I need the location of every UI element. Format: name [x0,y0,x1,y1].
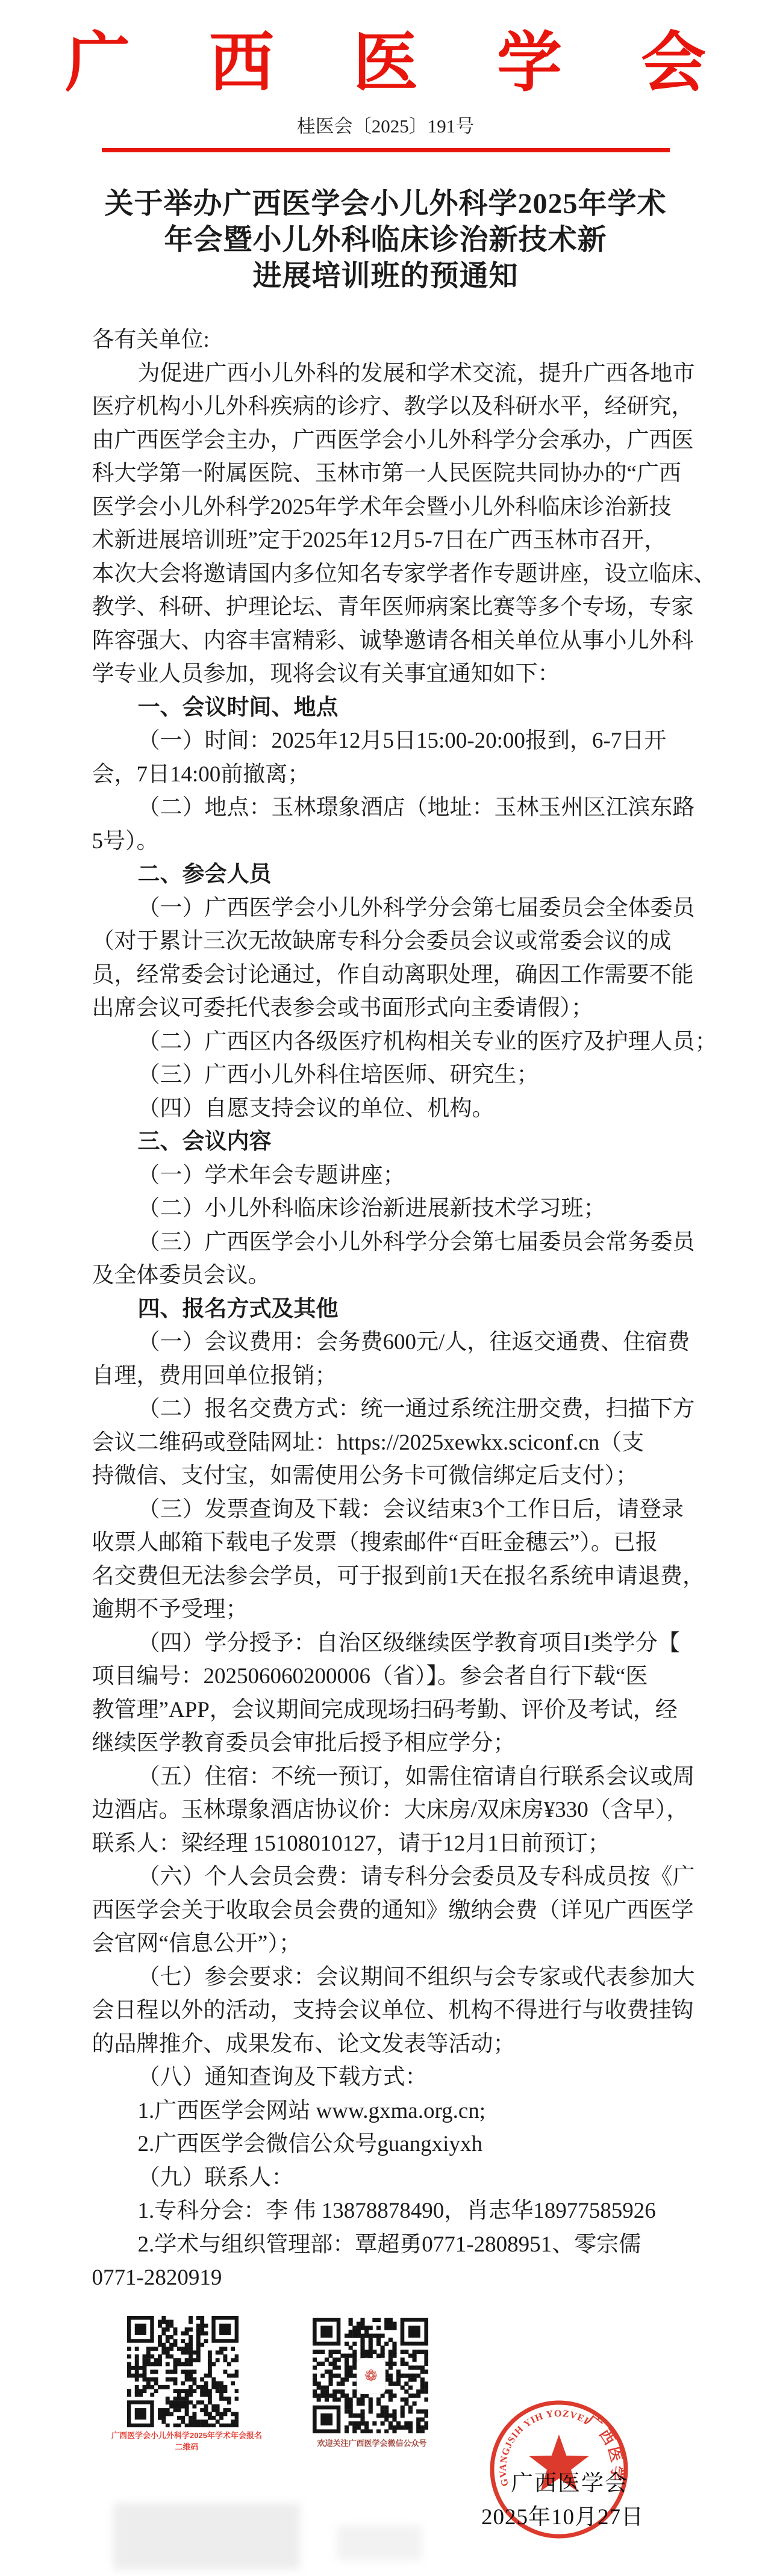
body-line: 由广西医学会主办，广西医学会小儿外科学分会承办，广西医 [92,424,679,458]
wechat-qr-caption: 欢迎关注广西医学会微信公众号 [301,2438,443,2449]
body-line: 的品牌推介、成果发布、论文发表等活动； [92,2028,679,2061]
body-line: 本次大会将邀请国内多位知名专家学者作专题讲座，设立临床、 [92,557,679,591]
body-line: 各有关单位: [92,323,679,357]
registration-qr-code [127,2316,239,2427]
scanned-notice-page: 广 西 医 学 会 桂医会〔2025〕191号 关于举办广西医学会小儿外科学20… [0,0,771,2576]
body-line: 联系人：梁经理 15108010127，请于12月1日前预订； [92,1827,679,1861]
body-line: 逾期不予受理； [92,1593,679,1627]
body-line: 科大学第一附属医院、玉林市第一人民医院共同协办的“广西 [92,457,679,491]
body-line: （六）个人会员会费：请专科分会委员及专科成员按《广 [92,1860,679,1894]
body-line: 为促进广西小儿外科的发展和学术交流，提升广西各地市 [92,357,679,391]
notice-title-line-2: 年会暨小儿外科临床诊治新技术新 [0,222,771,258]
official-seal: GVANGJSIH YIH YOZVEI 广西医学会 [485,2397,632,2542]
body-line: （七）参会要求：会议期间不组织与会专家或代表参加大 [92,1961,679,1994]
body-line: （二）小儿外科临床诊治新进展新技术学习班； [92,1192,679,1226]
body-line: 出席会议可委托代表参会或书面形式向主委请假）； [92,992,679,1025]
body-line: 教学、科研、护理论坛、青年医师病案比赛等多个专场，专家 [92,591,679,624]
body-line: 名交费但无法参会学员，可于报到前1天在报名系统申请退费， [92,1560,679,1594]
body-line: 学专业人员参加，现将会议有关事宜通知如下： [92,657,679,691]
body-line: 员，经常委会讨论通过，作自动离职处理，确因工作需要不能 [92,958,679,992]
body-line: 项目编号：202506060200006（省）】。参会者自行下载“医 [92,1660,679,1693]
registration-qr-caption: 广西医学会小儿外科学2025年学术年会报名 二维码 [87,2430,286,2453]
body-line: 会，7日14:00前撤离； [92,758,679,792]
body-line: 教管理”APP，会议期间完成现场扫码考勤、评价及考试，经 [92,1693,679,1727]
body-line: 2.学术与组织管理部：覃超勇0771-2808951、零宗儒 [92,2228,679,2262]
body-line: （三）广西医学会小儿外科学分会第七届委员会常务委员 [92,1226,679,1259]
body: 各有关单位:为促进广西小儿外科的发展和学术交流，提升广西各地市医疗机构小儿外科疾… [92,323,679,2295]
body-line: 自理，费用回单位报销； [92,1359,679,1393]
body-line: （四）学分授予：自治区级继续医学教育项目I类学分【 [92,1627,679,1660]
red-divider-rule [102,148,670,152]
section-heading: 四、报名方式及其他 [92,1293,679,1326]
body-line: 会议二维码或登陆网址：https://2025xewkx.sciconf.cn（… [92,1426,679,1460]
body-line: 5号）。 [92,825,679,858]
registration-qr-caption-line-2: 二维码 [87,2441,286,2453]
body-line: （三）广西小儿外科住培医师、研究生； [92,1058,679,1092]
body-line: 医疗机构小儿外科疾病的诊疗、教学以及科研水平，经研究， [92,390,679,424]
body-line: （五）住宿：不统一预订，如需住宿请自行联系会议或周 [92,1760,679,1794]
section-heading: 二、参会人员 [92,858,679,892]
body-line: 术新进展培训班”定于2025年12月5-7日在广西玉林市召开， [92,524,679,557]
body-line: （四）自愿支持会议的单位、机构。 [92,1092,679,1126]
star-icon [529,2435,589,2491]
body-line: 1.专科分会：李 伟 13878878490，肖志华18977585926 [92,2194,679,2228]
body-line: 边酒店。玉林璟象酒店协议价：大床房/双床房¥330（含早）， [92,1793,679,1827]
body-line: 0771-2820919 [92,2261,679,2295]
notice-title: 关于举办广西医学会小儿外科学2025年学术 年会暨小儿外科临床诊治新技术新 进展… [0,186,771,294]
section-heading: 三、会议内容 [92,1125,679,1159]
body-line: 会日程以外的活动，支持会议单位、机构不得进行与收费挂钩 [92,1994,679,2028]
gxma-logo-icon: ❁ [357,2358,385,2394]
notice-title-line-1: 关于举办广西医学会小儿外科学2025年学术 [0,186,771,222]
scan-artifact [113,2503,300,2569]
body-line: （一）广西医学会小儿外科学分会第七届委员会全体委员 [92,892,679,925]
body-line: 继续医学教育委员会审批后授予相应学分； [92,1727,679,1760]
scan-artifact [337,2525,422,2560]
org-title: 广 西 医 学 会 [0,30,771,98]
body-line: 1.广西医学会网站 www.gxma.org.cn; [92,2094,679,2128]
body-line: 会官网“信息公开”）； [92,1927,679,1961]
body-line: （九）联系人： [92,2161,679,2195]
body-line: （一）会议费用：会务费600元/人，往返交通费、住宿费 [92,1326,679,1359]
doc-number: 桂医会〔2025〕191号 [0,116,771,137]
body-line: 西医学会关于收取会员会费的通知》缴纳会费（详见广西医学 [92,1894,679,1928]
registration-qr-caption-line-1: 广西医学会小儿外科学2025年学术年会报名 [87,2430,286,2441]
body-line: （二）报名交费方式：统一通过系统注册交费，扫描下方 [92,1392,679,1426]
body-line: （一）时间：2025年12月5日15:00-20:00报到，6-7日开 [92,724,679,758]
body-line: （八）通知查询及下载方式： [92,2061,679,2094]
body-line: 2.广西医学会微信公众号guangxiyxh [92,2128,679,2161]
body-line: （二）广西区内各级医疗机构相关专业的医疗及护理人员； [92,1025,679,1059]
body-line: （二）地点：玉林璟象酒店（地址：玉林玉州区江滨东路 [92,791,679,825]
body-line: （三）发票查询及下载：会议结束3个工作日后，请登录 [92,1493,679,1527]
notice-title-line-3: 进展培训班的预通知 [0,258,771,294]
body-line: 收票人邮箱下载电子发票（搜索邮件“百旺金穗云”）。已报 [92,1526,679,1560]
body-line: （一）学术年会专题讲座； [92,1159,679,1193]
body-line: 阵容强大、内容丰富精彩、诚挚邀请各相关单位从事小儿外科 [92,624,679,658]
body-line: 持微信、支付宝，如需使用公务卡可微信绑定后支付）； [92,1459,679,1493]
body-line: 医学会小儿外科学2025年学术年会暨小儿外科临床诊治新技 [92,491,679,524]
flower-emblem-icon: ❁ [364,2368,378,2384]
body-line: （对于累计三次无故缺席专科分会委员会议或常委会议的成 [92,925,679,958]
section-heading: 一、会议时间、地点 [92,691,679,725]
body-line: 及全体委员会议。 [92,1259,679,1293]
